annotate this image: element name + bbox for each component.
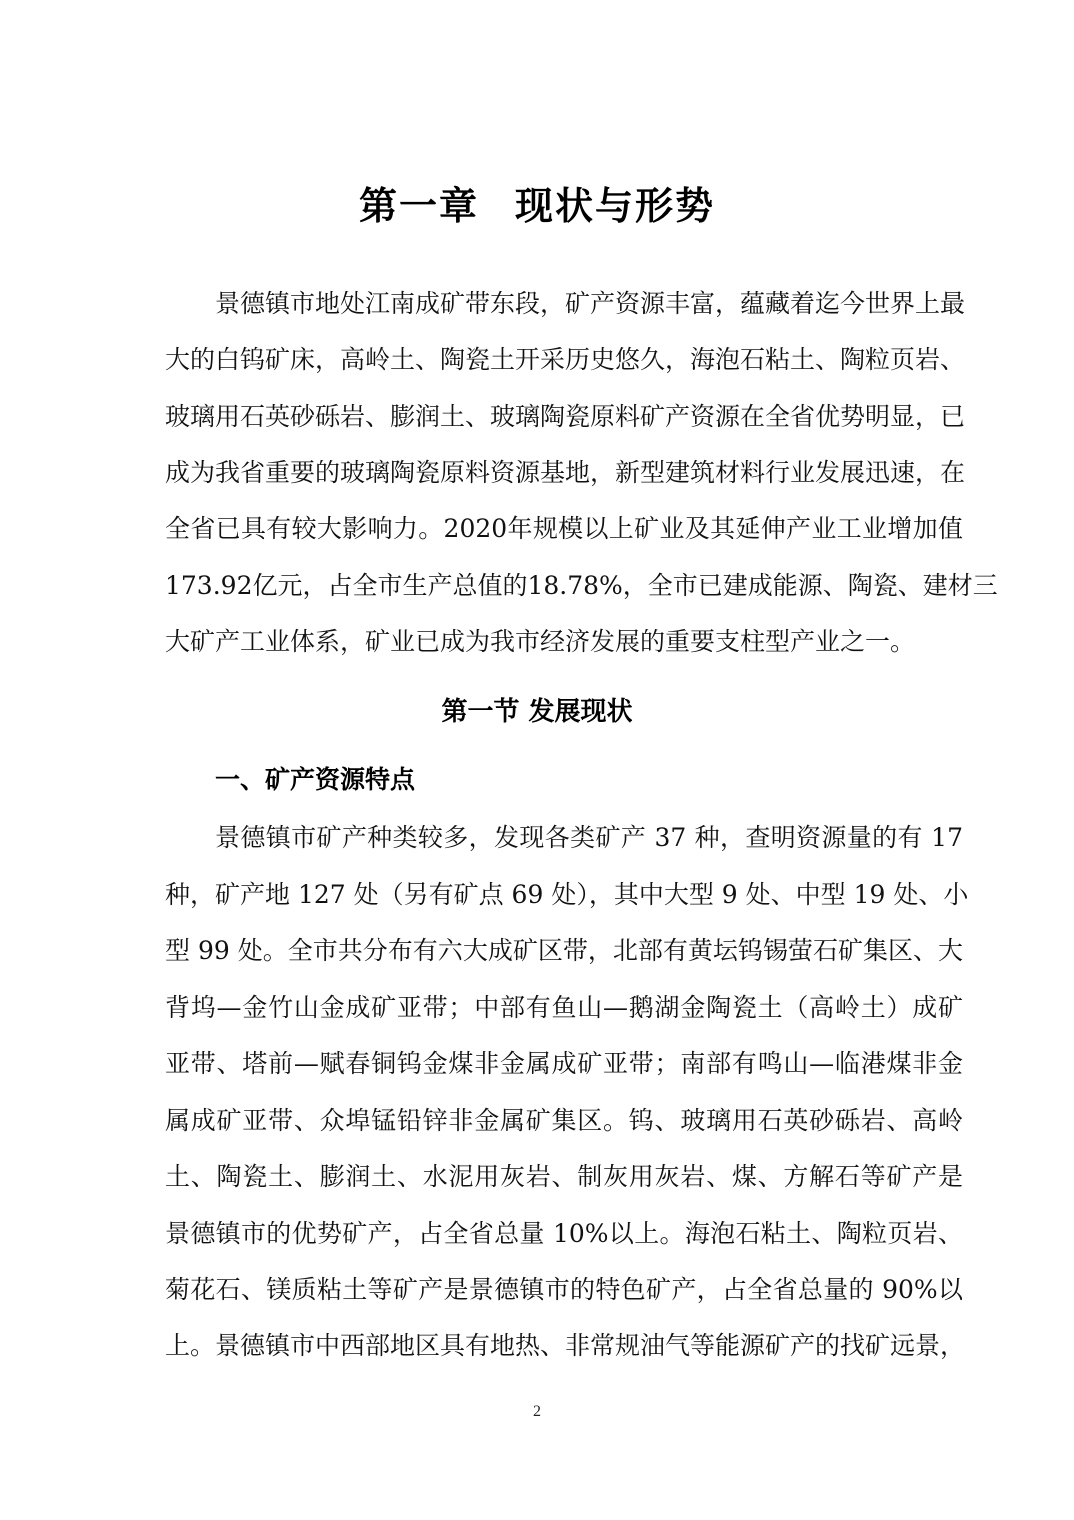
paragraph-line: 型 99 处。全市共分布有六大成矿区带，北部有黄坛钨锡萤石矿集区、大 [165,931,963,971]
paragraph-line: 景德镇市矿产种类较多，发现各类矿产 37 种，查明资源量的有 17 [215,818,963,858]
paragraph-line: 景德镇市地处江南成矿带东段，矿产资源丰富，蕴藏着迄今世界上最 [215,284,963,324]
chapter-number: 第一章 [359,184,479,228]
paragraph-line: 土、陶瓷土、膨润土、水泥用灰岩、制灰用灰岩、煤、方解石等矿产是 [165,1157,963,1197]
paragraph-line: 全省已具有较大影响力。2020年规模以上矿业及其延伸产业工业增加值 [165,509,963,549]
page-number: 2 [0,1400,1074,1424]
paragraph-line: 成为我省重要的玻璃陶瓷原料资源基地，新型建筑材料行业发展迅速，在 [165,453,963,493]
paragraph-line: 景德镇市的优势矿产，占全省总量 10%以上。海泡石粘土、陶粒页岩、 [165,1214,963,1254]
subsection-title: 一、矿产资源特点 [215,760,415,800]
chapter-title: 第一章现状与形势 [0,178,1074,234]
paragraph-line: 大的白钨矿床，高岭土、陶瓷土开采历史悠久，海泡石粘土、陶粒页岩、 [165,340,963,380]
paragraph-line: 玻璃用石英砂砾岩、膨润土、玻璃陶瓷原料矿产资源在全省优势明显，已 [165,397,963,437]
paragraph-line: 菊花石、镁质粘土等矿产是景德镇市的特色矿产，占全省总量的 90%以 [165,1270,963,1310]
paragraph-line: 种，矿产地 127 处（另有矿点 69 处），其中大型 9 处、中型 19 处、… [165,875,963,915]
paragraph-line: 亚带、塔前—赋春铜钨金煤非金属成矿亚带；南部有鸣山—临港煤非金 [165,1044,963,1084]
paragraph-line: 背坞—金竹山金成矿亚带；中部有鱼山—鹅湖金陶瓷土（高岭土）成矿 [165,988,963,1028]
paragraph-line: 173.92亿元，占全市生产总值的18.78%，全市已建成能源、陶瓷、建材三 [165,566,963,606]
document-page: 第一章现状与形势 景德镇市地处江南成矿带东段，矿产资源丰富，蕴藏着迄今世界上最 … [0,0,1074,1520]
paragraph-line: 上。景德镇市中西部地区具有地热、非常规油气等能源矿产的找矿远景， [165,1326,963,1366]
paragraph-line: 大矿产工业体系，矿业已成为我市经济发展的重要支柱型产业之一。 [165,622,963,662]
paragraph-line: 属成矿亚带、众埠锰铅锌非金属矿集区。钨、玻璃用石英砂砾岩、高岭 [165,1101,963,1141]
chapter-name: 现状与形势 [515,184,715,228]
section-title: 第一节 发展现状 [0,692,1074,732]
